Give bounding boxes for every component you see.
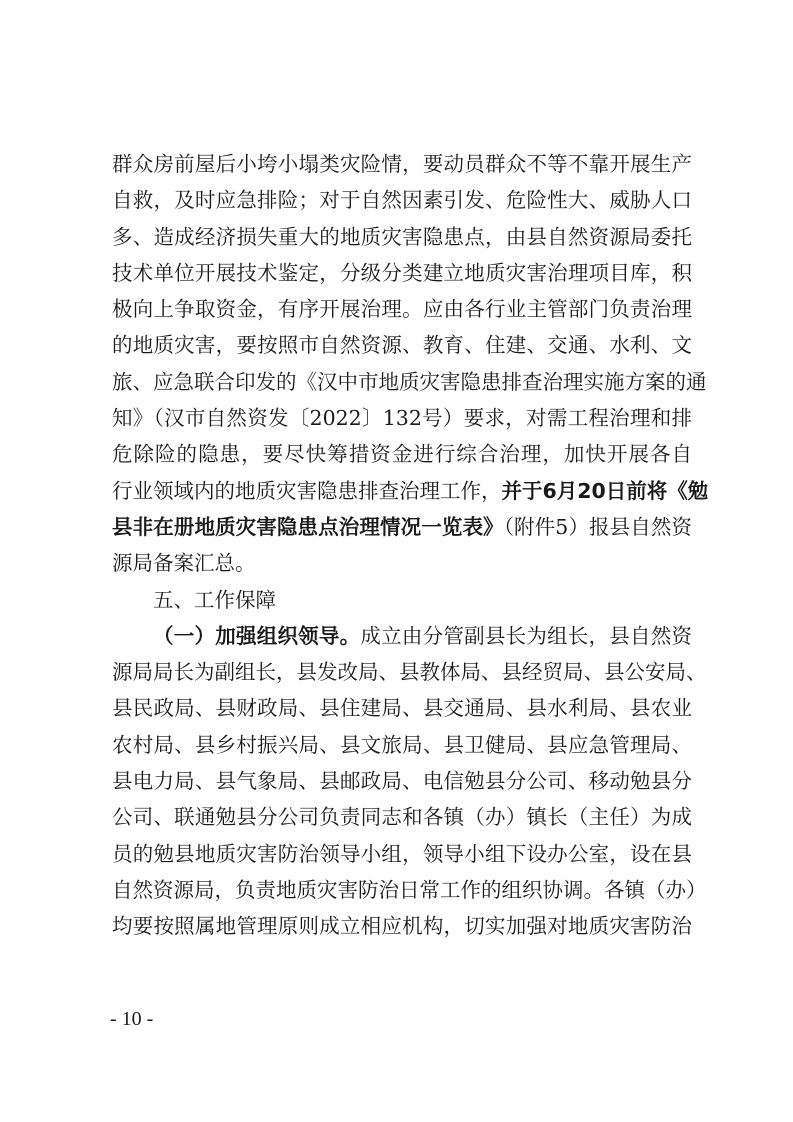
- section-heading: 五、工作保障: [112, 582, 692, 618]
- text-line: 源局局长为副组长，县发改局、县教体局、县经贸局、县公安局、: [112, 654, 692, 690]
- text-segment: 成立由分管副县长为组长，县自然资: [360, 624, 692, 648]
- bold-deadline-text: 并于6月20日前将《勉: [502, 479, 709, 503]
- text-line: 源局备案汇总。: [112, 545, 692, 581]
- document-body: 群众房前屋后小垮小塌类灾险情，要动员群众不等不靠开展生产 自救，及时应急排险；对…: [112, 146, 692, 945]
- text-line: 极向上争取资金，有序开展治理。应由各行业主管部门负责治理: [112, 291, 692, 327]
- text-line: 自然资源局，负责地质灾害防治日常工作的组织协调。各镇（办）: [112, 872, 692, 908]
- text-line: 县民政局、县财政局、县住建局、县交通局、县水利局、县农业: [112, 690, 692, 726]
- text-segment: （附件5）报县自然资: [504, 515, 692, 539]
- text-line: 群众房前屋后小垮小塌类灾险情，要动员群众不等不靠开展生产: [112, 146, 692, 182]
- paragraph-remediation: 群众房前屋后小垮小塌类灾险情，要动员群众不等不靠开展生产 自救，及时应急排险；对…: [112, 146, 692, 582]
- text-line: 多、造成经济损失重大的地质灾害隐患点，由县自然资源局委托: [112, 219, 692, 255]
- text-line: （一）加强组织领导。成立由分管副县长为组长，县自然资: [112, 618, 692, 654]
- subsection-heading: （一）加强组织领导。: [153, 624, 360, 648]
- text-line: 行业领域内的地质灾害隐患排查治理工作，并于6月20日前将《勉: [112, 473, 692, 509]
- text-line: 技术单位开展技术鉴定，分级分类建立地质灾害治理项目库，积: [112, 255, 692, 291]
- text-line: 县电力局、县气象局、县邮政局、电信勉县分公司、移动勉县分: [112, 763, 692, 799]
- text-line: 的地质灾害，要按照市自然资源、教育、住建、交通、水利、文: [112, 327, 692, 363]
- text-line: 员的勉县地质灾害防治领导小组，领导小组下设办公室，设在县: [112, 836, 692, 872]
- text-line: 农村局、县乡村振兴局、县文旅局、县卫健局、县应急管理局、: [112, 727, 692, 763]
- paragraph-organization: （一）加强组织领导。成立由分管副县长为组长，县自然资 源局局长为副组长，县发改局…: [112, 618, 692, 945]
- text-segment: 行业领域内的地质灾害隐患排查治理工作，: [112, 479, 502, 503]
- text-line: 知》（汉市自然资发〔2022〕132号）要求，对需工程治理和排: [112, 400, 692, 436]
- text-line: 旅、应急联合印发的《汉中市地质灾害隐患排查治理实施方案的通: [112, 364, 692, 400]
- text-line: 均要按照属地管理原则成立相应机构，切实加强对地质灾害防治: [112, 908, 692, 944]
- bold-table-title: 县非在册地质灾害隐患点治理情况一览表》: [112, 515, 504, 539]
- text-line: 县非在册地质灾害隐患点治理情况一览表》（附件5）报县自然资: [112, 509, 692, 545]
- page-number: - 10 -: [110, 1008, 153, 1031]
- text-line: 公司、联通勉县分公司负责同志和各镇（办）镇长（主任）为成: [112, 799, 692, 835]
- text-line: 危除险的隐患，要尽快筹措资金进行综合治理，加快开展各自: [112, 436, 692, 472]
- text-line: 自救，及时应急排险；对于自然因素引发、危险性大、威胁人口: [112, 182, 692, 218]
